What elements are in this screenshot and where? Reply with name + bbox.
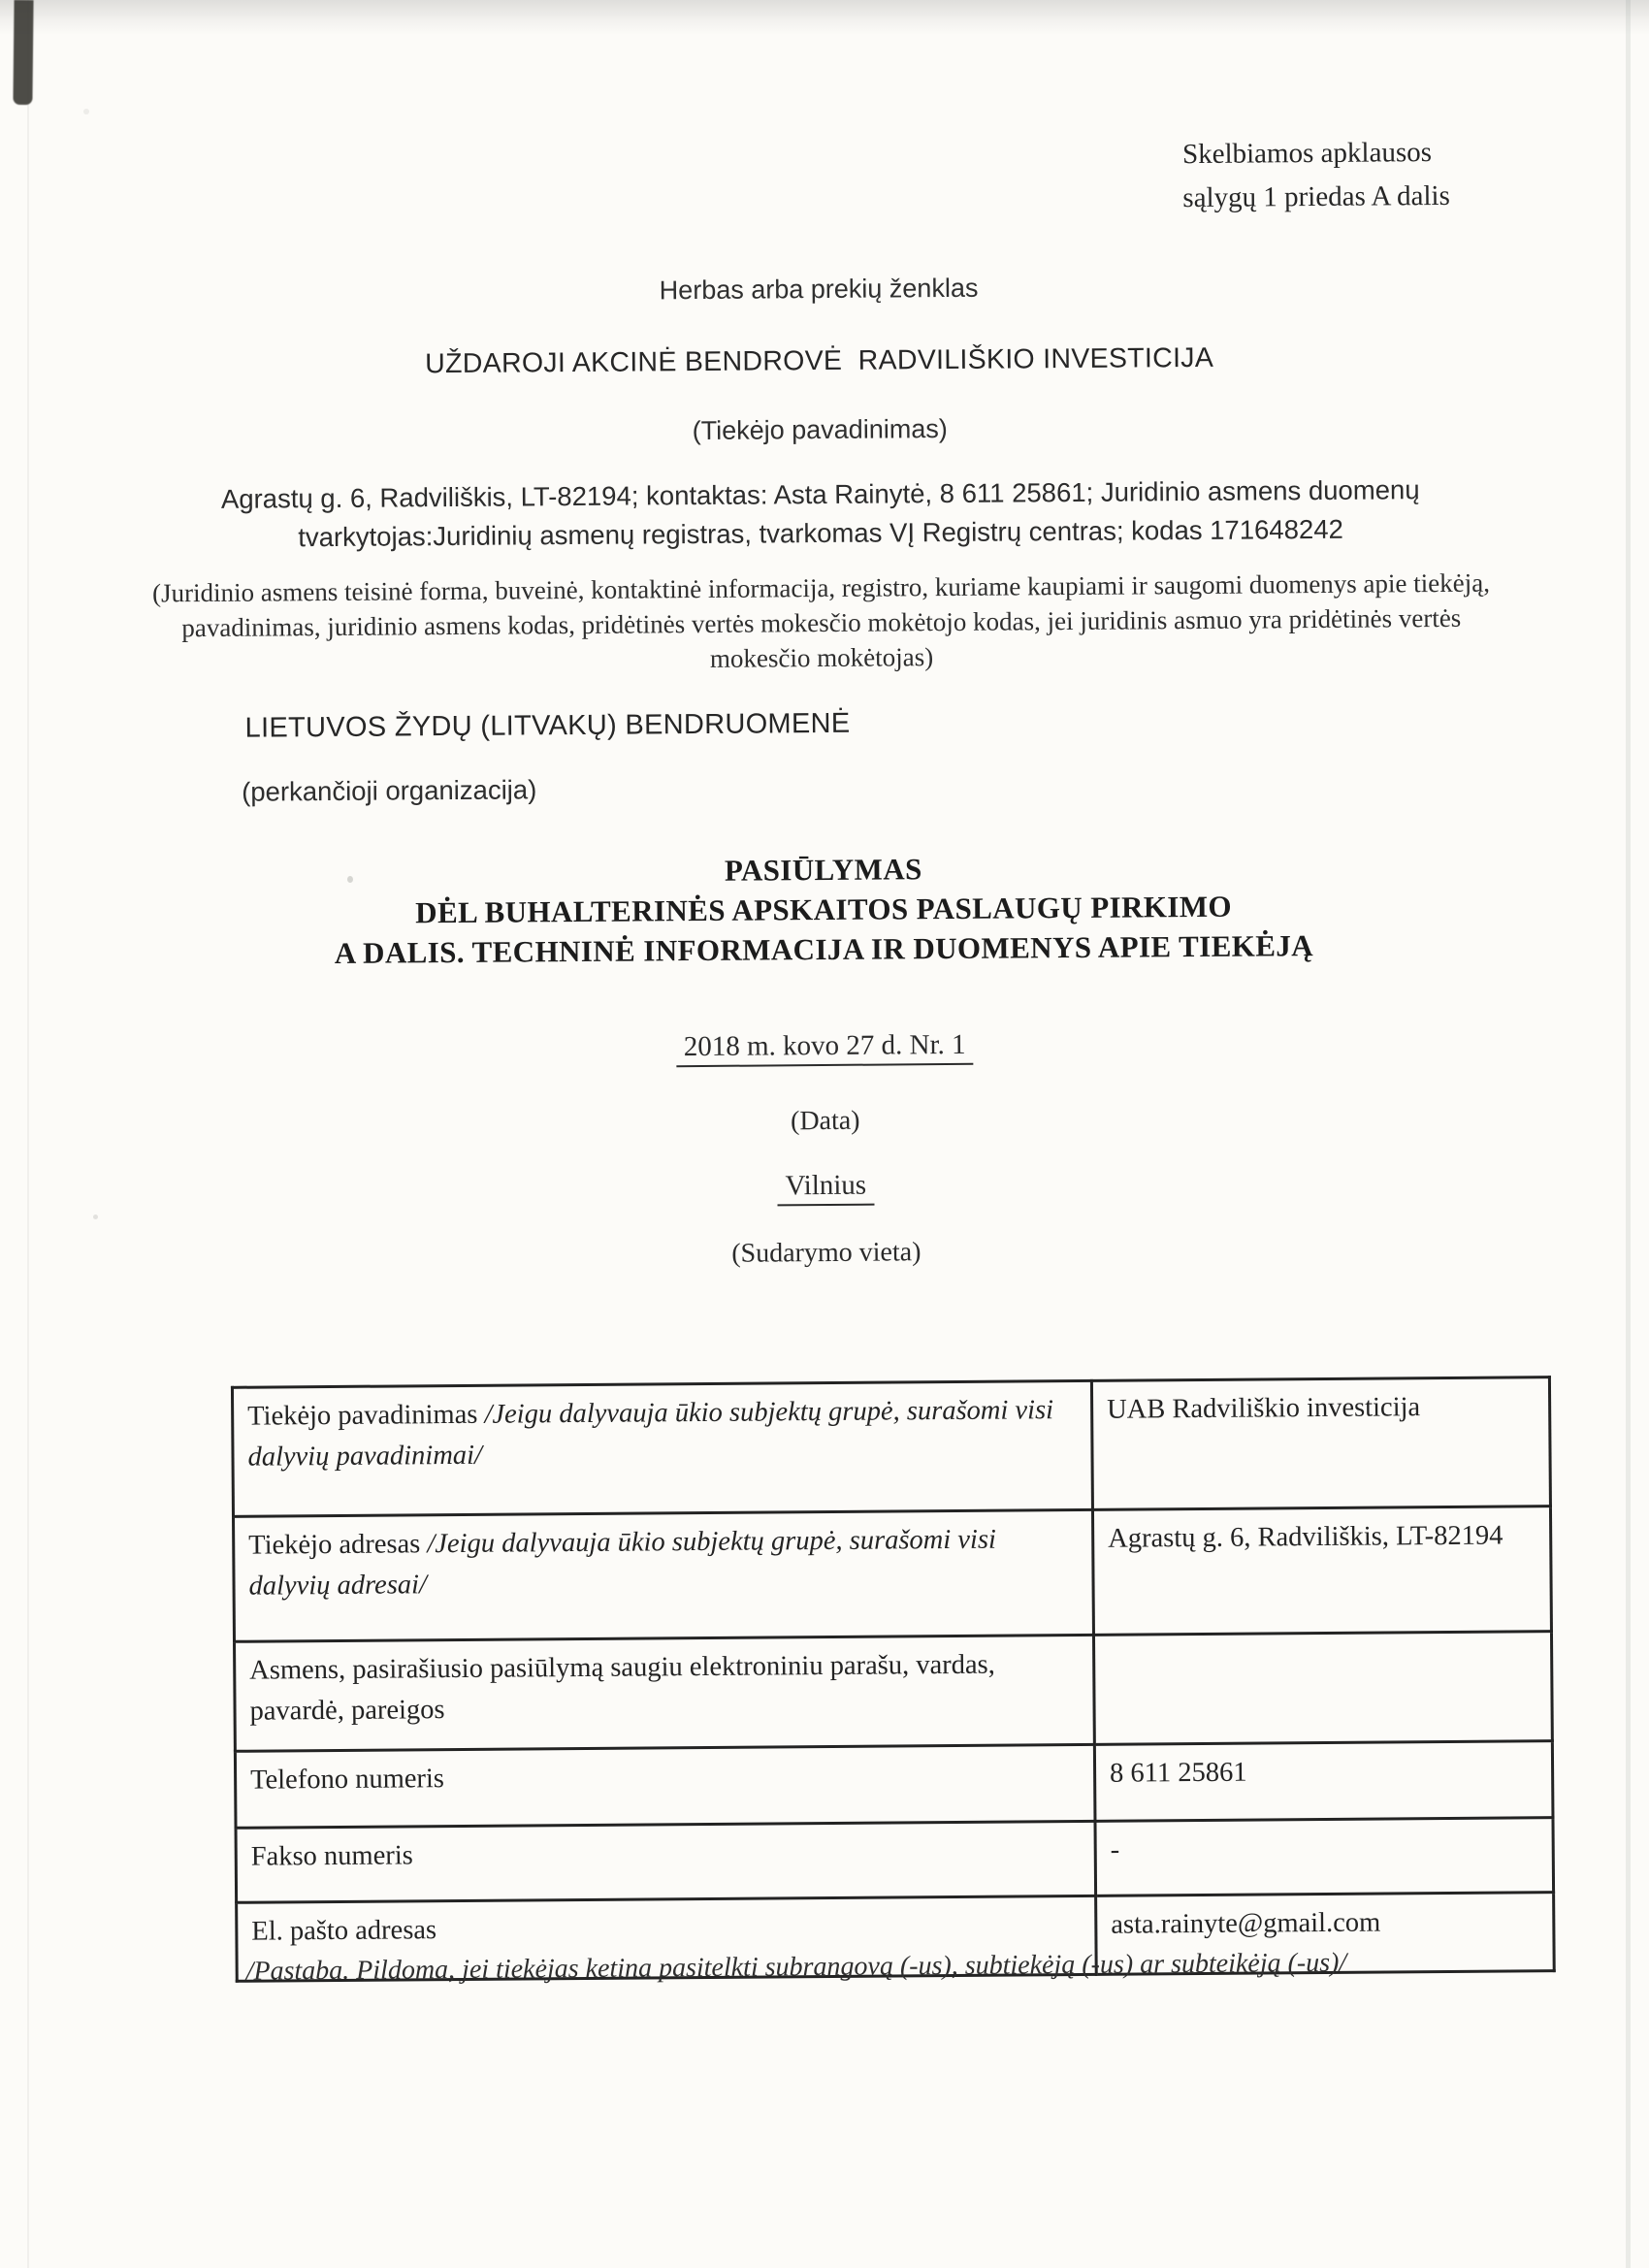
document-content: Skelbiamos apklausos sąlygų 1 priedas A …	[0, 0, 1649, 2268]
document-date: 2018 m. kovo 27 d. Nr. 1	[676, 1029, 974, 1067]
row-label-cell: Fakso numeris	[236, 1821, 1096, 1902]
row-value: -	[1111, 1835, 1120, 1865]
row-label-cell: Tiekėjo pavadinimas /Jeigu dalyvauja ūki…	[232, 1380, 1092, 1516]
row-value: 8 611 25861	[1110, 1758, 1247, 1789]
row-value: asta.rainyte@gmail.com	[1111, 1908, 1380, 1940]
row-value-cell: UAB Radviliškio investicija	[1091, 1377, 1550, 1510]
row-value-cell: -	[1095, 1818, 1554, 1896]
row-label: Fakso numeris	[251, 1840, 413, 1871]
supplier-info-table: Tiekėjo pavadinimas /Jeigu dalyvauja ūki…	[231, 1376, 1556, 1983]
table-row: Tiekėjo adresas /Jeigu dalyvauja ūkio su…	[233, 1507, 1551, 1642]
supplier-company-name: UŽDAROJI AKCINĖ BENDROVĖ RADVILIŠKIO INV…	[0, 339, 1644, 383]
row-label: Tiekėjo adresas	[248, 1529, 427, 1560]
supplier-address-block: Agrastų g. 6, Radviliškis, LT-82194; kon…	[0, 469, 1645, 559]
legal-form-note: (Juridinio asmens teisinė forma, buveinė…	[142, 566, 1501, 681]
table-row: Tiekėjo pavadinimas /Jeigu dalyvauja ūki…	[232, 1377, 1550, 1517]
table-row: Fakso numeris -	[236, 1818, 1554, 1903]
buyer-organization-name: LIETUVOS ŽYDŲ (LITVAKŲ) BENDRUOMENĖ	[244, 708, 850, 745]
document-place: Vilnius	[777, 1170, 874, 1207]
row-label: Telefono numeris	[250, 1764, 444, 1796]
row-label: El. pašto adresas	[251, 1915, 436, 1946]
row-label-cell: Asmens, pasirašiusio pasiūlymą saugiu el…	[235, 1635, 1095, 1751]
row-value-cell: Agrastų g. 6, Radviliškis, LT-82194	[1092, 1507, 1551, 1636]
table-row: Telefono numeris 8 611 25861	[235, 1741, 1553, 1829]
annex-reference-line1: Skelbiamos apklausos	[1182, 131, 1450, 177]
annex-reference-line2: sąlygų 1 priedas A dalis	[1182, 175, 1450, 220]
supplier-name-caption: (Tiekėjo pavadinimas)	[0, 408, 1644, 451]
row-value: Agrastų g. 6, Radviliškis, LT-82194	[1108, 1521, 1503, 1554]
row-label-cell: Tiekėjo adresas /Jeigu dalyvauja ūkio su…	[233, 1509, 1093, 1641]
document-place-line: Vilnius	[1, 1163, 1649, 1212]
document-title: PASIŪLYMAS DĖL BUHALTERINĖS APSKAITOS PA…	[0, 843, 1649, 975]
row-value: UAB Radviliškio investicija	[1107, 1392, 1420, 1425]
scanned-document-page: Skelbiamos apklausos sąlygų 1 priedas A …	[0, 0, 1649, 2268]
row-value-cell	[1093, 1632, 1552, 1745]
table-row: Asmens, pasirašiusio pasiūlymą saugiu el…	[235, 1632, 1553, 1752]
coat-of-arms-caption: Herbas arba prekių ženklas	[0, 268, 1643, 310]
row-label: Tiekėjo pavadinimas	[247, 1400, 485, 1432]
row-label: Asmens, pasirašiusio pasiūlymą saugiu el…	[249, 1650, 995, 1727]
row-label-cell: Telefono numeris	[235, 1744, 1095, 1828]
buyer-organization-caption: (perkančioji organizacija)	[242, 774, 536, 807]
annex-reference: Skelbiamos apklausos sąlygų 1 priedas A …	[1182, 131, 1450, 220]
document-date-line: 2018 m. kovo 27 d. Nr. 1	[0, 1023, 1649, 1072]
date-caption: (Data)	[1, 1099, 1649, 1143]
place-caption: (Sudarymo vieta)	[2, 1231, 1649, 1275]
row-value-cell: 8 611 25861	[1094, 1741, 1553, 1822]
